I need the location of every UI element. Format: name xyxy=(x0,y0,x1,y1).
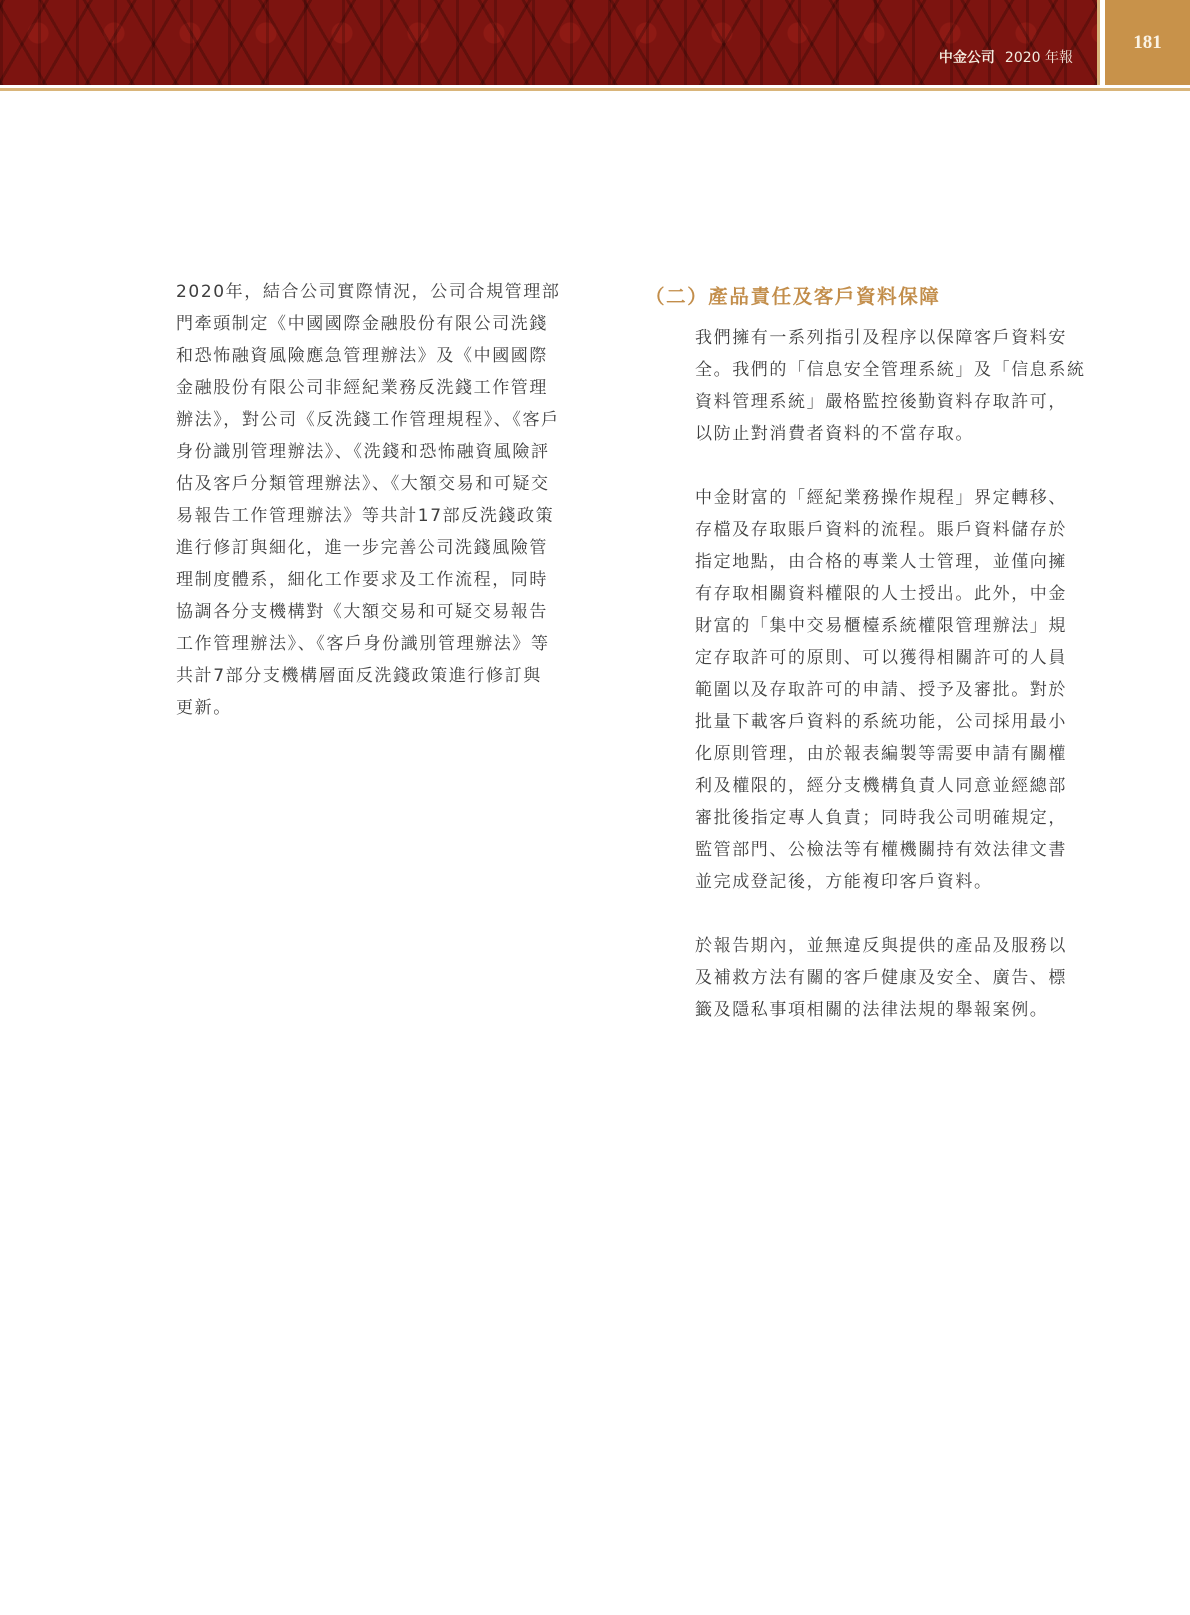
text-line: 並完成登記後，方能複印客戶資料。 xyxy=(695,866,1080,898)
decorative-pattern-band xyxy=(0,0,1097,85)
text-line: 籤及隱私事項相關的法律法規的舉報案例。 xyxy=(695,994,1080,1026)
text-line: 範圍以及存取許可的申請、授予及審批。對於 xyxy=(695,674,1080,706)
text-line: 工作管理辦法》、《客戶身份識別管理辦法》等 xyxy=(176,628,561,660)
text-line: 金融股份有限公司非經紀業務反洗錢工作管理 xyxy=(176,372,561,404)
text-line: 有存取相關資料權限的人士授出。此外，中金 xyxy=(695,578,1080,610)
text-line: 協調各分支機構對《大額交易和可疑交易報告 xyxy=(176,596,561,628)
text-line: 2020年，結合公司實際情況，公司合規管理部 xyxy=(176,276,561,308)
header-rule-gold xyxy=(0,88,1190,91)
text-line: 辦法》，對公司《反洗錢工作管理規程》、《客戶 xyxy=(176,404,561,436)
paragraph-no-violations: 於報告期內，並無違反與提供的產品及服務以 及補救方法有關的客戶健康及安全、廣告、… xyxy=(695,930,1080,1026)
text-line: 利及權限的，經分支機構負責人同意並經總部 xyxy=(695,770,1080,802)
page-header: 中金公司 2020 年報 181 xyxy=(0,0,1190,92)
text-line: 化原則管理，由於報表編製等需要申請有關權 xyxy=(695,738,1080,770)
text-line: 進行修訂與細化，進一步完善公司洗錢風險管 xyxy=(176,532,561,564)
text-line: 財富的「集中交易櫃檯系統權限管理辦法」規 xyxy=(695,610,1080,642)
report-title: 中金公司 2020 年報 xyxy=(939,47,1073,67)
text-line: 估及客戶分類管理辦法》、《大額交易和可疑交 xyxy=(176,468,561,500)
text-line: 全。我們的「信息安全管理系統」及「信息系統 xyxy=(695,354,1080,386)
text-line: 以防止對消費者資料的不當存取。 xyxy=(695,418,1080,450)
paragraph-account-data: 中金財富的「經紀業務操作規程」界定轉移、 存檔及存取賬戶資料的流程。賬戶資料儲存… xyxy=(695,482,1080,898)
text-line: 易報告工作管理辦法》等共計17部反洗錢政策 xyxy=(176,500,561,532)
text-line: 更新。 xyxy=(176,692,561,724)
text-line: 身份識別管理辦法》、《洗錢和恐怖融資風險評 xyxy=(176,436,561,468)
text-line: 指定地點，由合格的專業人士管理，並僅向擁 xyxy=(695,546,1080,578)
text-line: 及補救方法有關的客戶健康及安全、廣告、標 xyxy=(695,962,1080,994)
text-line: 理制度體系，細化工作要求及工作流程，同時 xyxy=(176,564,561,596)
text-line: 我們擁有一系列指引及程序以保障客戶資料安 xyxy=(695,322,1080,354)
text-line: 批量下載客戶資料的系統功能，公司採用最小 xyxy=(695,706,1080,738)
text-line: 於報告期內，並無違反與提供的產品及服務以 xyxy=(695,930,1080,962)
paragraph-aml-policy: 2020年，結合公司實際情況，公司合規管理部 門牽頭制定《中國國際金融股份有限公… xyxy=(176,276,561,724)
text-line: 資料管理系統」嚴格監控後勤資料存取許可， xyxy=(695,386,1080,418)
text-line: 共計7部分支機構層面反洗錢政策進行修訂與 xyxy=(176,660,561,692)
text-line: 存檔及存取賬戶資料的流程。賬戶資料儲存於 xyxy=(695,514,1080,546)
text-line: 監管部門、公檢法等有權機關持有效法律文書 xyxy=(695,834,1080,866)
left-column-text: 2020年，結合公司實際情況，公司合規管理部 門牽頭制定《中國國際金融股份有限公… xyxy=(176,276,561,756)
page-number-box: 181 xyxy=(1105,0,1190,85)
right-column-text: 我們擁有一系列指引及程序以保障客戶資料安 全。我們的「信息安全管理系統」及「信息… xyxy=(695,322,1080,1058)
text-line: 和恐怖融資風險應急管理辦法》及《中國國際 xyxy=(176,340,561,372)
report-name: 2020 年報 xyxy=(1005,47,1073,67)
text-line: 門牽頭制定《中國國際金融股份有限公司洗錢 xyxy=(176,308,561,340)
section-heading: （二）產品責任及客戶資料保障 xyxy=(645,281,1095,309)
text-line: 審批後指定專人負責；同時我公司明確規定， xyxy=(695,802,1080,834)
paragraph-data-protection: 我們擁有一系列指引及程序以保障客戶資料安 全。我們的「信息安全管理系統」及「信息… xyxy=(695,322,1080,450)
page-number: 181 xyxy=(1133,32,1162,54)
company-name: 中金公司 xyxy=(939,47,995,67)
text-line: 中金財富的「經紀業務操作規程」界定轉移、 xyxy=(695,482,1080,514)
text-line: 定存取許可的原則、可以獲得相關許可的人員 xyxy=(695,642,1080,674)
